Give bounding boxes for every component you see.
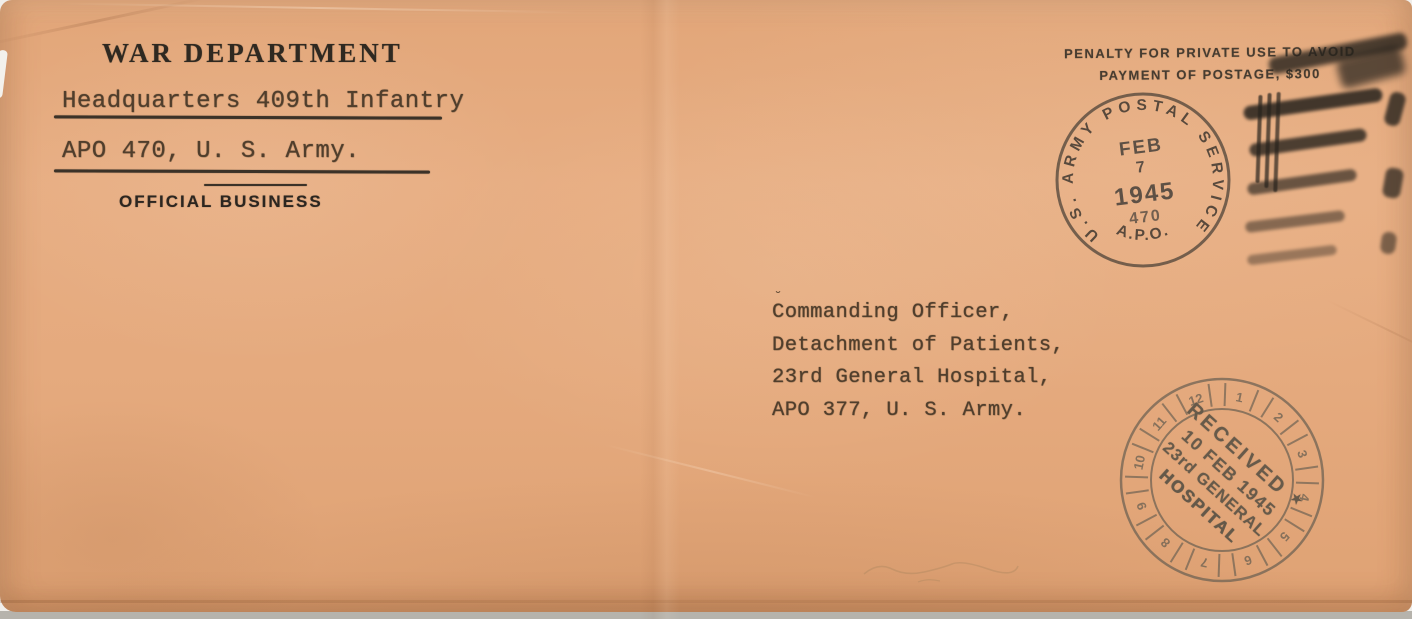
killer-bar xyxy=(1247,168,1358,195)
crease-line xyxy=(0,600,1412,603)
ink-blob xyxy=(1380,231,1398,255)
return-address-rule xyxy=(54,169,430,173)
recipient-line-4: APO 377, U. S. Army. xyxy=(772,395,1064,428)
dial-number: 8 xyxy=(1158,535,1173,551)
postmark-date-block: FEB 7 1945 470 xyxy=(1107,134,1179,230)
crease-line xyxy=(1327,299,1412,362)
crease-line xyxy=(60,2,580,13)
recipient-address: Commanding Officer, Detachment of Patien… xyxy=(772,297,1064,427)
dial-number: 1 xyxy=(1234,389,1244,405)
postmark-day: 7 xyxy=(1135,158,1148,176)
return-address-line-2: APO 470, U. S. Army. xyxy=(62,138,360,165)
postmark-year: 1945 xyxy=(1113,177,1177,211)
ink-blob xyxy=(1382,167,1405,200)
recipient-line-2: Detachment of Patients, xyxy=(772,330,1064,363)
crease-line xyxy=(640,0,680,619)
scanner-background-strip xyxy=(0,611,1412,619)
scanned-envelope: WAR DEPARTMENT Headquarters 409th Infant… xyxy=(0,0,1412,619)
killer-bar xyxy=(1243,87,1384,120)
postmark-month: FEB xyxy=(1118,134,1164,160)
killer-bar xyxy=(1245,210,1346,233)
army-postal-service-postmark: U.S. ARMY POSTAL SERVICE A.P.O. FEB 7 19… xyxy=(1053,90,1233,270)
postmark-graphic: U.S. ARMY POSTAL SERVICE A.P.O. FEB 7 19… xyxy=(1053,90,1233,270)
official-business-label: OFFICIAL BUSINESS xyxy=(119,192,323,212)
dial-number: 5 xyxy=(1277,529,1293,544)
dial-number: 11 xyxy=(1149,413,1169,433)
envelope-paper: WAR DEPARTMENT Headquarters 409th Infant… xyxy=(0,0,1412,612)
dial-number: 7 xyxy=(1199,555,1209,571)
penalty-line-2: PAYMENT OF POSTAGE, $300 xyxy=(1050,66,1370,84)
paper-fold-notch xyxy=(0,50,8,99)
dial-number: 2 xyxy=(1271,409,1286,425)
return-address-rule xyxy=(54,115,442,119)
pencil-annotation-illegible xyxy=(858,546,1028,592)
recipient-line-3: 23rd General Hospital, xyxy=(772,362,1064,395)
postmark-apo-number: 470 xyxy=(1128,207,1163,228)
ink-blob xyxy=(1383,91,1407,128)
recipient-line-1: Commanding Officer, xyxy=(772,297,1064,330)
war-department-title: WAR DEPARTMENT xyxy=(102,38,403,69)
return-address-line-1: Headquarters 409th Infantry xyxy=(62,88,464,115)
dial-number: 9 xyxy=(1133,500,1150,512)
killer-bar xyxy=(1247,245,1338,266)
crease-line xyxy=(603,443,817,498)
dial-number: 3 xyxy=(1294,448,1311,460)
official-business-rule xyxy=(204,184,307,186)
